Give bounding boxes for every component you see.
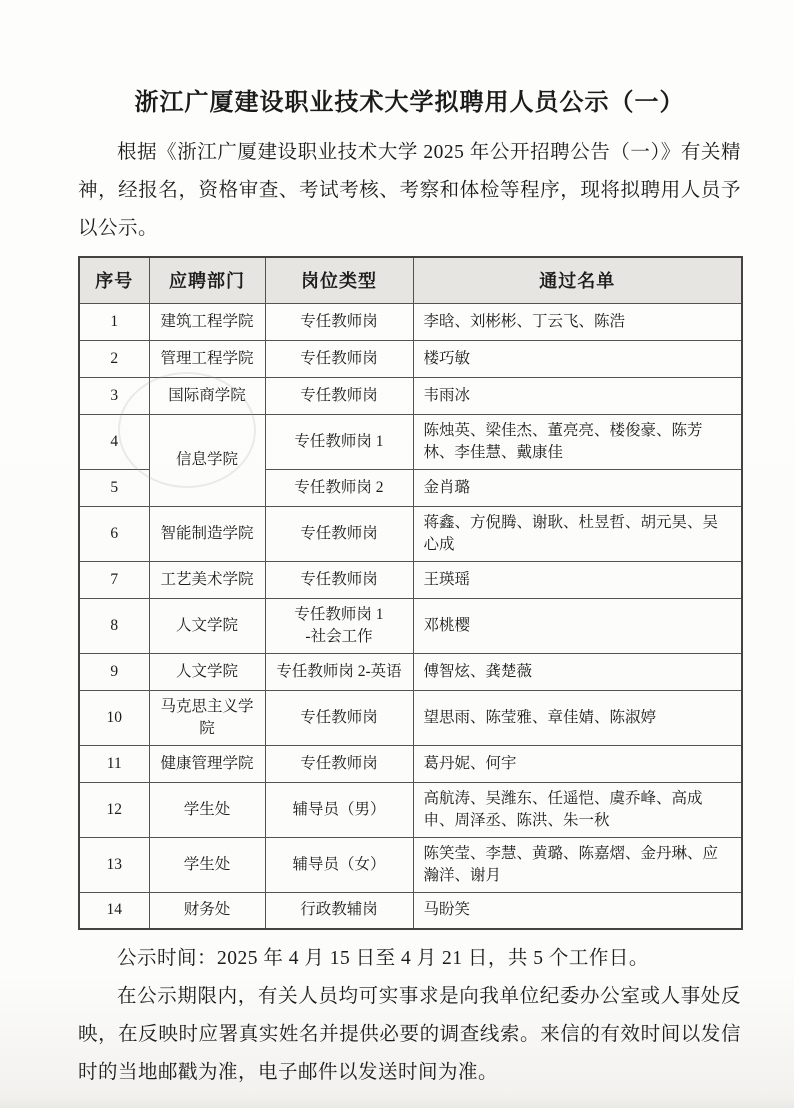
cell-department: 财务处 bbox=[149, 892, 265, 929]
table-row: 6智能制造学院专任教师岗蒋鑫、方倪腾、谢耿、杜昱哲、胡元昊、吴心成 bbox=[79, 506, 742, 561]
cell-serial-number: 14 bbox=[79, 892, 149, 929]
table-row: 2管理工程学院专任教师岗楼巧敏 bbox=[79, 340, 742, 377]
cell-serial-number: 11 bbox=[79, 745, 149, 782]
column-header-post-type: 岗位类型 bbox=[265, 257, 413, 303]
cell-department: 学生处 bbox=[149, 837, 265, 892]
cell-serial-number: 3 bbox=[79, 377, 149, 414]
intro-paragraph: 根据《浙江广厦建设职业技术大学 2025 年公开招聘公告（一）》有关精神，经报名… bbox=[78, 134, 741, 248]
cell-serial-number: 12 bbox=[79, 782, 149, 837]
cell-department: 健康管理学院 bbox=[149, 745, 265, 782]
cell-serial-number: 2 bbox=[79, 340, 149, 377]
cell-post-type: 专任教师岗 2-英语 bbox=[265, 653, 413, 690]
cell-department: 人文学院 bbox=[149, 653, 265, 690]
cell-passed-names: 李晗、刘彬彬、丁云飞、陈浩 bbox=[413, 303, 742, 340]
table-row: 14财务处行政教辅岗马盼笑 bbox=[79, 892, 742, 929]
cell-passed-names: 望思雨、陈莹雅、章佳婧、陈淑婷 bbox=[413, 690, 742, 745]
table-row: 4信息学院专任教师岗 1陈烛英、梁佳杰、董亮亮、楼俊豪、陈芳林、李佳慧、戴康佳 bbox=[79, 414, 742, 469]
table-row: 1建筑工程学院专任教师岗李晗、刘彬彬、丁云飞、陈浩 bbox=[79, 303, 742, 340]
cell-passed-names: 王瑛瑶 bbox=[413, 561, 742, 598]
cell-department: 学生处 bbox=[149, 782, 265, 837]
column-header-serial-number: 序号 bbox=[79, 257, 149, 303]
cell-passed-names: 金肖璐 bbox=[413, 469, 742, 506]
cell-department: 人文学院 bbox=[149, 598, 265, 653]
publicity-period-line: 公示时间：2025 年 4 月 15 日至 4 月 21 日，共 5 个工作日。 bbox=[78, 940, 741, 978]
cell-passed-names: 楼巧敏 bbox=[413, 340, 742, 377]
cell-serial-number: 1 bbox=[79, 303, 149, 340]
cell-department: 智能制造学院 bbox=[149, 506, 265, 561]
cell-department: 工艺美术学院 bbox=[149, 561, 265, 598]
table-header-row: 序号 应聘部门 岗位类型 通过名单 bbox=[79, 257, 742, 303]
cell-passed-names: 邓桃樱 bbox=[413, 598, 742, 653]
table-row: 7工艺美术学院专任教师岗王瑛瑶 bbox=[79, 561, 742, 598]
table-row: 9人文学院专任教师岗 2-英语傅智炫、龚楚薇 bbox=[79, 653, 742, 690]
cell-post-type: 专任教师岗 bbox=[265, 303, 413, 340]
table-row: 11健康管理学院专任教师岗葛丹妮、何宇 bbox=[79, 745, 742, 782]
cell-passed-names: 葛丹妮、何宇 bbox=[413, 745, 742, 782]
cell-department: 信息学院 bbox=[149, 414, 265, 506]
cell-passed-names: 高航涛、吴潍东、任遥恺、虞乔峰、高成申、周泽丞、陈洪、朱一秋 bbox=[413, 782, 742, 837]
cell-department: 国际商学院 bbox=[149, 377, 265, 414]
hired-personnel-table: 序号 应聘部门 岗位类型 通过名单 1建筑工程学院专任教师岗李晗、刘彬彬、丁云飞… bbox=[78, 256, 743, 930]
cell-post-type: 专任教师岗 bbox=[265, 377, 413, 414]
cell-serial-number: 6 bbox=[79, 506, 149, 561]
cell-department: 管理工程学院 bbox=[149, 340, 265, 377]
cell-post-type: 专任教师岗 bbox=[265, 745, 413, 782]
announcement-table-body: 1建筑工程学院专任教师岗李晗、刘彬彬、丁云飞、陈浩2管理工程学院专任教师岗楼巧敏… bbox=[79, 303, 742, 929]
cell-post-type: 专任教师岗 bbox=[265, 561, 413, 598]
cell-post-type: 专任教师岗 2 bbox=[265, 469, 413, 506]
cell-serial-number: 5 bbox=[79, 469, 149, 506]
cell-passed-names: 韦雨冰 bbox=[413, 377, 742, 414]
cell-passed-names: 陈笑莹、李慧、黄璐、陈嘉熠、金丹琳、应瀚洋、谢月 bbox=[413, 837, 742, 892]
table-row: 8人文学院专任教师岗 1 -社会工作邓桃樱 bbox=[79, 598, 742, 653]
cell-passed-names: 蒋鑫、方倪腾、谢耿、杜昱哲、胡元昊、吴心成 bbox=[413, 506, 742, 561]
cell-serial-number: 10 bbox=[79, 690, 149, 745]
cell-post-type: 专任教师岗 1 bbox=[265, 414, 413, 469]
feedback-note-paragraph: 在公示期限内，有关人员均可实事求是向我单位纪委办公室或人事处反映，在反映时应署真… bbox=[78, 978, 741, 1092]
cell-serial-number: 13 bbox=[79, 837, 149, 892]
table-row: 10马克思主义学院专任教师岗望思雨、陈莹雅、章佳婧、陈淑婷 bbox=[79, 690, 742, 745]
table-row: 3国际商学院专任教师岗韦雨冰 bbox=[79, 377, 742, 414]
cell-serial-number: 8 bbox=[79, 598, 149, 653]
cell-post-type: 专任教师岗 bbox=[265, 690, 413, 745]
cell-passed-names: 马盼笑 bbox=[413, 892, 742, 929]
cell-post-type: 辅导员（女） bbox=[265, 837, 413, 892]
cell-post-type: 行政教辅岗 bbox=[265, 892, 413, 929]
column-header-passed-list: 通过名单 bbox=[413, 257, 742, 303]
cell-post-type: 专任教师岗 bbox=[265, 506, 413, 561]
scanned-document-page: 浙江广厦建设职业技术大学拟聘用人员公示（一） 根据《浙江广厦建设职业技术大学 2… bbox=[0, 0, 794, 1108]
page-title: 浙江广厦建设职业技术大学拟聘用人员公示（一） bbox=[78, 86, 741, 120]
table-row: 12学生处辅导员（男）高航涛、吴潍东、任遥恺、虞乔峰、高成申、周泽丞、陈洪、朱一… bbox=[79, 782, 742, 837]
cell-post-type: 专任教师岗 1 -社会工作 bbox=[265, 598, 413, 653]
footer-paragraphs: 公示时间：2025 年 4 月 15 日至 4 月 21 日，共 5 个工作日。… bbox=[78, 940, 741, 1092]
cell-passed-names: 陈烛英、梁佳杰、董亮亮、楼俊豪、陈芳林、李佳慧、戴康佳 bbox=[413, 414, 742, 469]
cell-passed-names: 傅智炫、龚楚薇 bbox=[413, 653, 742, 690]
cell-serial-number: 4 bbox=[79, 414, 149, 469]
cell-post-type: 辅导员（男） bbox=[265, 782, 413, 837]
cell-department: 马克思主义学院 bbox=[149, 690, 265, 745]
column-header-department: 应聘部门 bbox=[149, 257, 265, 303]
cell-serial-number: 9 bbox=[79, 653, 149, 690]
cell-post-type: 专任教师岗 bbox=[265, 340, 413, 377]
cell-serial-number: 7 bbox=[79, 561, 149, 598]
cell-department: 建筑工程学院 bbox=[149, 303, 265, 340]
table-row: 13学生处辅导员（女）陈笑莹、李慧、黄璐、陈嘉熠、金丹琳、应瀚洋、谢月 bbox=[79, 837, 742, 892]
